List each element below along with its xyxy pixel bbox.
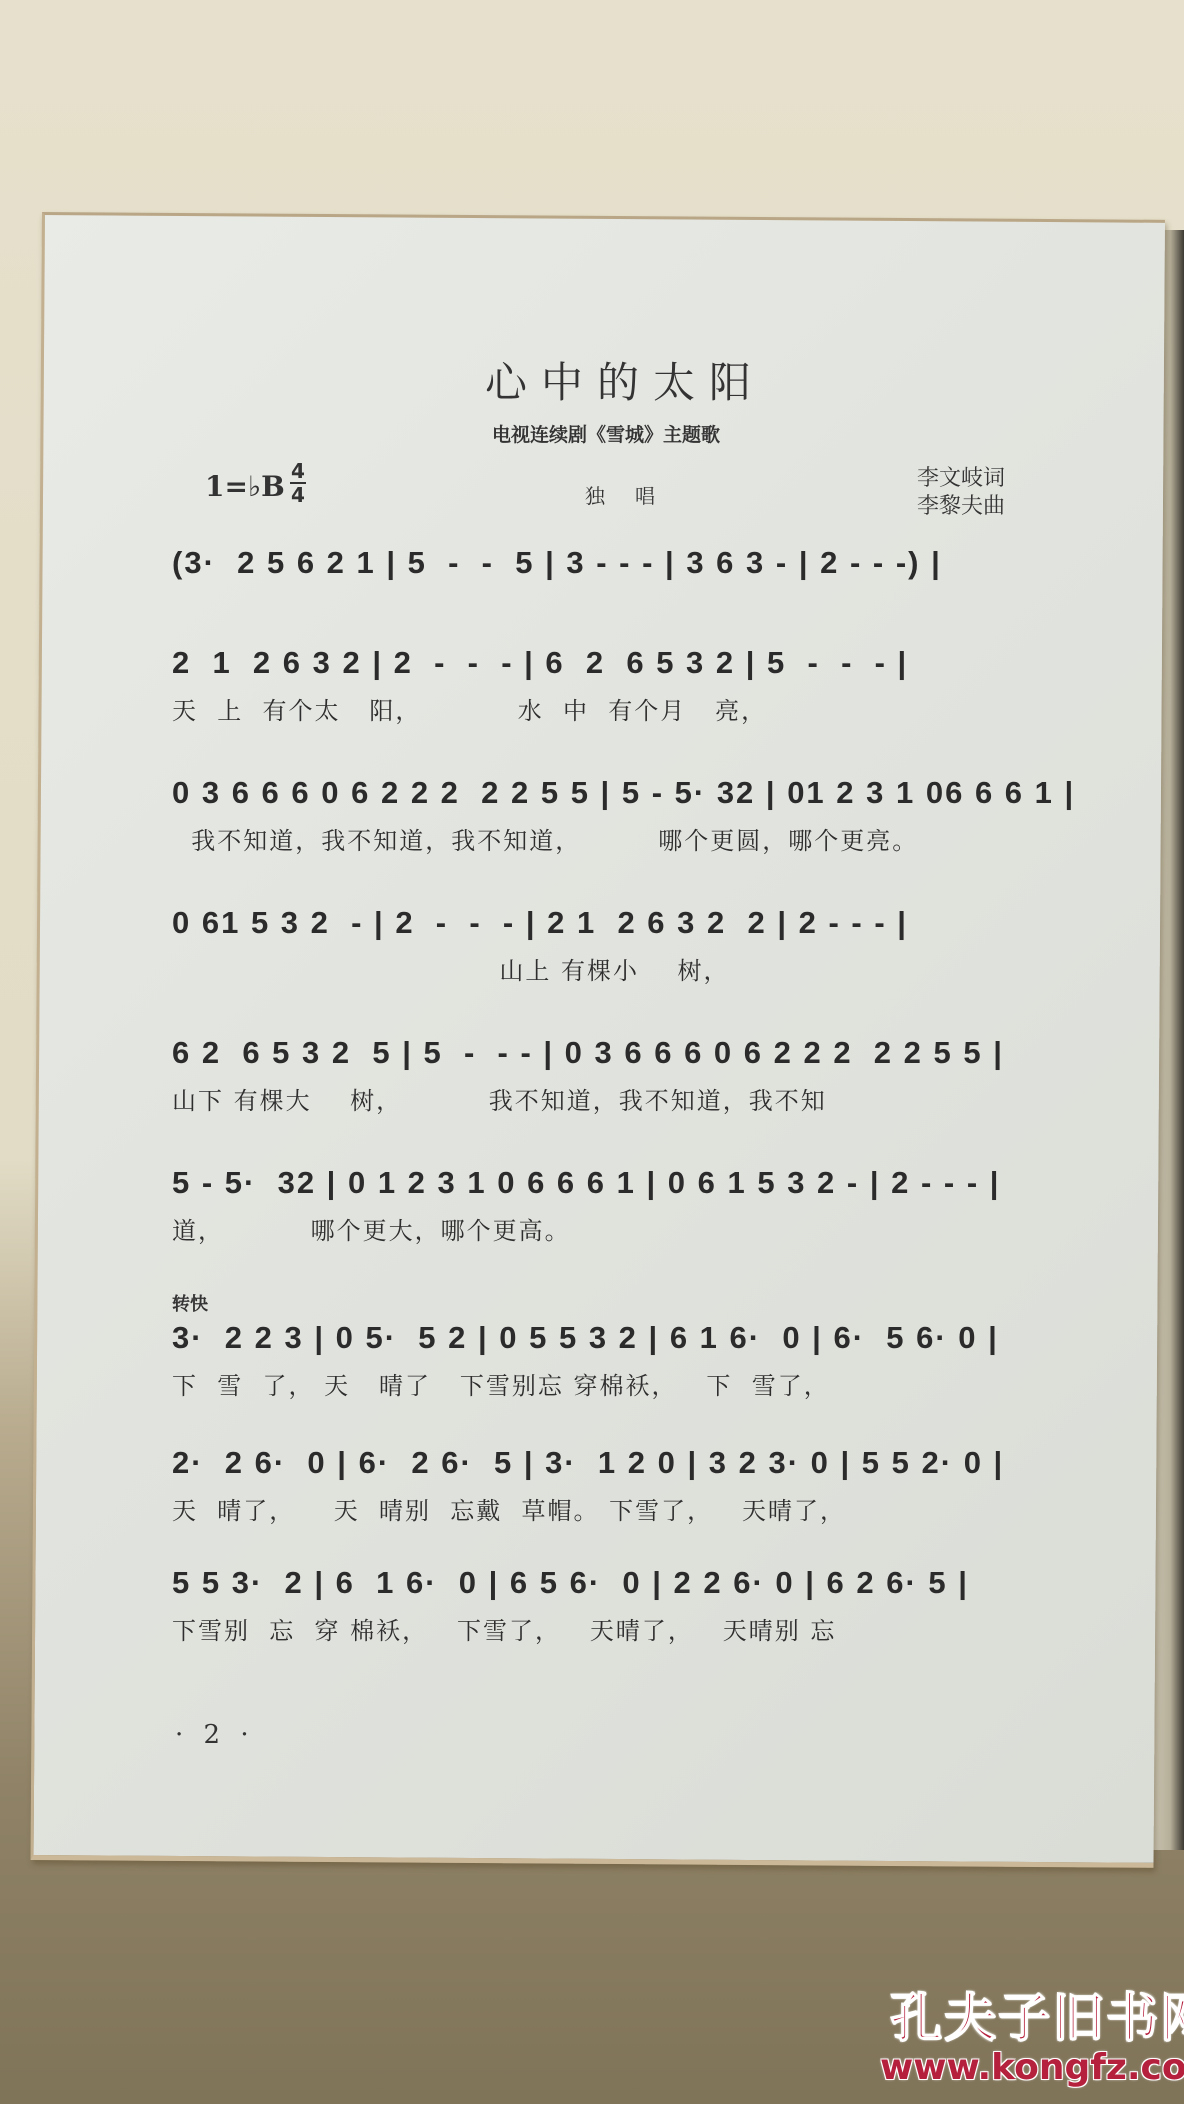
composer: 李黎夫曲 [917, 493, 1005, 521]
lyrics-line: 道， 哪个更大，哪个更高。 [172, 1211, 1072, 1246]
performance-type: 独唱 [585, 480, 685, 509]
notes-line: 5 5 3· 2 | 6 1 6· 0 | 6 5 6· 0 | 2 2 6· … [172, 1565, 1072, 1601]
lyricist: 李文岐词 [917, 465, 1005, 493]
watermark-name: 孔夫子旧书网 [880, 1990, 1184, 2048]
notes-line: 0 61 5 3 2 - | 2 - - - | 2 1 2 6 3 2 2 |… [172, 905, 1072, 941]
song-title: 心中的太阳 [485, 350, 765, 410]
score-row-8: 2· 2 6· 0 | 6· 2 6· 5 | 3· 1 2 0 | 3 2 3… [172, 1445, 1072, 1526]
notes-line: 6 2 6 5 3 2 5 | 5 - - - | 0 3 6 6 6 0 6 … [172, 1035, 1072, 1071]
score-row-6: 5 - 5· 32 | 0 1 2 3 1 0 6 6 6 1 | 0 6 1 … [172, 1165, 1072, 1246]
time-numerator: 4 [291, 459, 305, 483]
score-row-9: 5 5 3· 2 | 6 1 6· 0 | 6 5 6· 0 | 2 2 6· … [172, 1565, 1072, 1646]
score-row-1: (3· 2 5 6 2 1 | 5 - - 5 | 3 - - - | 3 6 … [172, 545, 1072, 581]
notes-line: (3· 2 5 6 2 1 | 5 - - 5 | 3 - - - | 3 6 … [172, 545, 1072, 581]
time-signature: 4 4 [290, 460, 306, 506]
score-row-7: 3· 2 2 3 | 0 5· 5 2 | 0 5 5 3 2 | 6 1 6·… [172, 1320, 1072, 1401]
watermark: 孔夫子旧书网 www.kongfz.com [880, 1990, 1184, 2088]
time-denominator: 4 [291, 483, 305, 507]
notes-line: 3· 2 2 3 | 0 5· 5 2 | 0 5 5 3 2 | 6 1 6·… [172, 1320, 1072, 1356]
notes-line: 2· 2 6· 0 | 6· 2 6· 5 | 3· 1 2 0 | 3 2 3… [172, 1445, 1072, 1481]
lyrics-line: 下雪别 忘 穿 棉袄， 下雪了， 天晴了， 天晴别 忘 [172, 1611, 1072, 1646]
lyrics-line: 山上 有棵小 树， [172, 951, 1072, 986]
lyrics-line: 天 晴了， 天 晴别 忘戴 草帽。 下雪了， 天晴了， [172, 1491, 1072, 1526]
score-row-3: 0 3 6 6 6 0 6 2 2 2 2 2 5 5 | 5 - 5· 32 … [172, 775, 1072, 856]
score-row-5: 6 2 6 5 3 2 5 | 5 - - - | 0 3 6 6 6 0 6 … [172, 1035, 1072, 1116]
lyrics-line: 下 雪 了， 天 晴了 下雪别忘 穿棉袄， 下 雪了， [172, 1366, 1072, 1401]
watermark-url: www.kongfz.com [880, 2048, 1184, 2088]
lyrics-line: 山下 有棵大 树， 我不知道，我不知道，我不知 [172, 1081, 1072, 1116]
lyrics-line: 我不知道，我不知道，我不知道， 哪个更圆，哪个更亮。 [172, 821, 1072, 856]
page-number: · 2 · [175, 1720, 255, 1750]
score-row-2: 2 1 2 6 3 2 | 2 - - - | 6 2 6 5 3 2 | 5 … [172, 645, 1072, 726]
tempo-change-mark: 转快 [172, 1290, 208, 1316]
notes-line: 2 1 2 6 3 2 | 2 - - - | 6 2 6 5 3 2 | 5 … [172, 645, 1072, 681]
credits: 李文岐词 李黎夫曲 [917, 465, 1005, 521]
notes-line: 5 - 5· 32 | 0 1 2 3 1 0 6 6 6 1 | 0 6 1 … [172, 1165, 1072, 1201]
lyrics-line: 天 上 有个太 阳， 水 中 有个月 亮， [172, 691, 1072, 726]
key-signature: 1=♭B [205, 470, 285, 503]
score-row-4: 0 61 5 3 2 - | 2 - - - | 2 1 2 6 3 2 2 |… [172, 905, 1072, 986]
song-subtitle: 电视连续剧《雪城》主题歌 [492, 420, 720, 447]
notes-line: 0 3 6 6 6 0 6 2 2 2 2 2 5 5 | 5 - 5· 32 … [172, 775, 1072, 811]
